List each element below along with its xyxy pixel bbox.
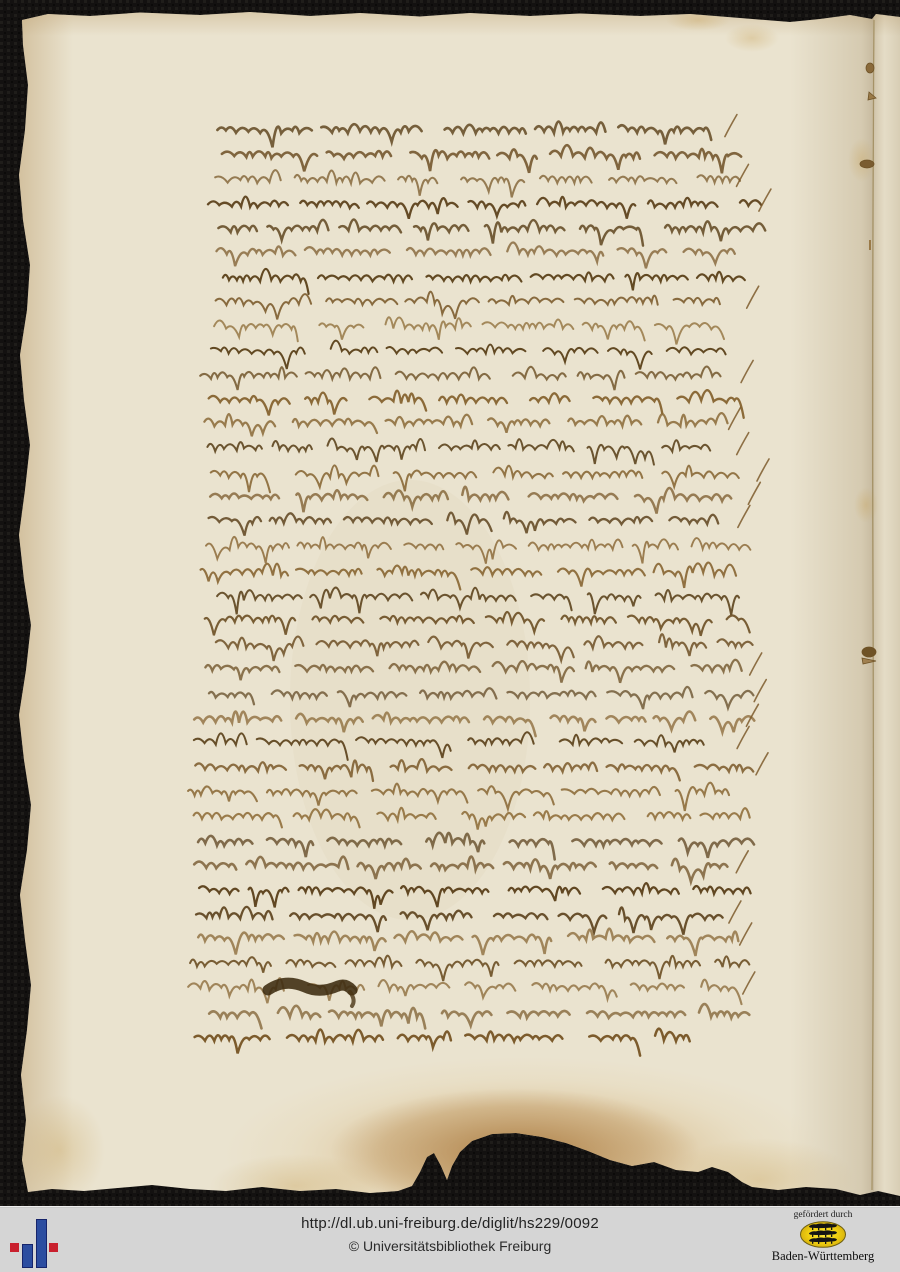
viewer-page: http://dl.ub.uni-freiburg.de/diglit/hs22… <box>0 0 900 1272</box>
manuscript-scan <box>0 0 900 1206</box>
ink-blot <box>268 983 352 990</box>
baden-wuerttemberg-crest-icon <box>799 1221 847 1248</box>
crest-lions <box>809 1223 837 1244</box>
funding-region: Baden-Württemberg <box>772 1249 875 1264</box>
bw-funding-block: gefördert durch <box>758 1210 888 1264</box>
corner-stain <box>725 24 779 52</box>
footer-bar: http://dl.ub.uni-freiburg.de/diglit/hs22… <box>0 1206 900 1272</box>
funding-label: gefördert durch <box>794 1210 853 1220</box>
